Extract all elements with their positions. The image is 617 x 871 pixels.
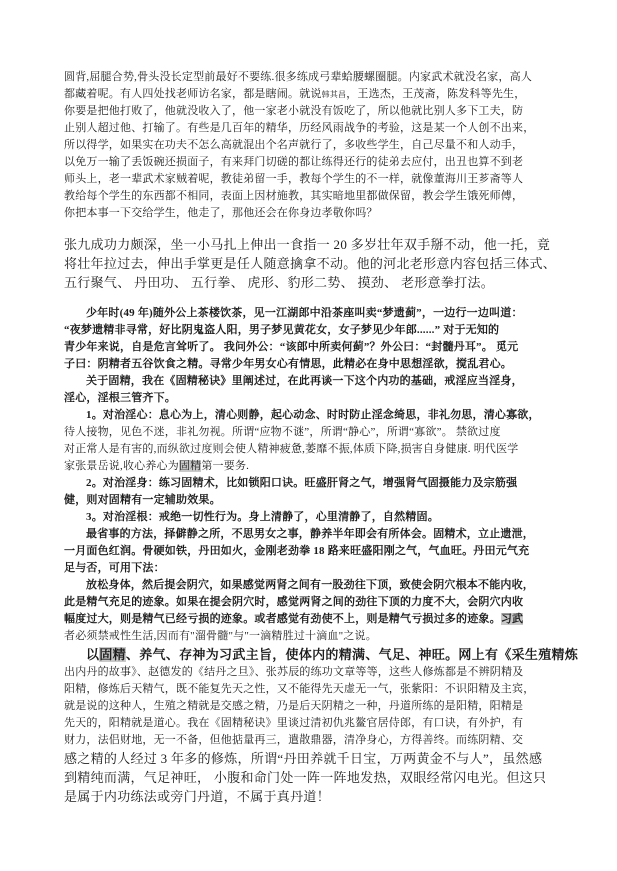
- text-line: 都藏着呢。有人四处找老师访名家，都是瞎闹。就说韩其昌，王选杰，王茂斋，陈发科等先…: [64, 86, 556, 103]
- text-segment: 都藏着呢。有人四处找老师访名家，都是瞎闹。就说: [64, 88, 322, 100]
- text-line: 最省事的方法，择僻静之所，不思男女之事，静养半年即会有所体会。固精术，立止遗泄，: [64, 526, 556, 543]
- text-line: 一月面色红润。骨硬如铁，丹田如火，金刚老劲拳 18 路来旺盛阳刚之气，气血旺。丹…: [64, 543, 556, 560]
- text-line: 先天的，阳精就是道心。我在《固精秘诀》里谈过清初仇兆鳌官居侍郎，有口诀，有外护，…: [64, 715, 556, 732]
- text-line: 到精纯而满，气足神旺， 小腹和命门处一阵一阵地发热，双眼经常闪电光。但这只: [64, 768, 556, 787]
- text-line: 五行聚气、 丹田功、 五行拳、 虎形、豹形二势、 摸劲、 老形意拳打法。: [64, 273, 556, 292]
- text-line: 子曰：阴精者五谷饮食之精。寻常少年男女心有情思，此精必在身中思想淫欲，搅乱君心。: [64, 356, 556, 373]
- text-line: 足与否，可用下法：: [64, 560, 556, 577]
- text-segment: 第一要务.: [201, 460, 249, 472]
- text-line: 感之精的人经过 3 年多的修炼，所谓“丹田养就千日宝，万两黄金不与人”，虽然感: [64, 749, 556, 768]
- text-line: 财力，法侣财地，无一不备，但他掂量再三，遣散鼎器，清净身心，方得善终。而练阴精、…: [64, 732, 556, 749]
- highlighted-term: 固精: [179, 460, 201, 472]
- text-line: 放松身体，然后提会阴穴，如果感觉两肾之间有一股劲往下顶，致使会阴穴根本不能内收，: [64, 577, 556, 594]
- highlighted-term: 习武: [501, 613, 523, 625]
- text-line: 幅度过大，则是精气已经亏损的迹象。或者感觉有劲使不上，则是精气亏损过多的迹象。习…: [64, 611, 556, 628]
- text-line: 淫心，淫根三管齐下。: [64, 390, 556, 407]
- text-line: 此是精气充足的迹象。如果在提会阴穴时，感觉两肾之间的劲往下顶的力度不大，会阴穴内…: [64, 594, 556, 611]
- text-line: 就是说的这种人，生殖之精就是交感之精，乃是后天阴精之一种，丹道所练的是阳精，阳精…: [64, 698, 556, 715]
- document-body: 圆背,屈腿合势,骨头没长定型前最好不要练.很多练成弓辈蛤腰螺圈腿。内家武术就没名…: [64, 69, 556, 806]
- text-segment: 、养气、存神为习武主旨，使体内的精满、气足、神旺。网上有《采生殖精炼: [126, 647, 578, 662]
- text-line: 将壮年拉过去，伸出手掌更是任人随意擒拿不动。他的河北老形意内容包括三体式、: [64, 254, 556, 273]
- text-line: 以免万一输了丢饭碗还损面子，有来拜门切磋的都让练得还行的徒弟去应付，出丑也算不到…: [64, 154, 556, 171]
- highlighted-term: 固精: [99, 647, 126, 662]
- text-line: 待人接物，见色不迷，非礼勿视。所谓“应物不谜”，所谓“静心”，所谓“寡欲”。 禁…: [64, 424, 556, 441]
- text-line: 师头上，老一辈武术家贼着呢，教徒弟留一手，教每个学生的不一样，就像董海川王芗斋等…: [64, 171, 556, 188]
- text-line: 者必须禁戒性生活,因而有"溜骨髓"与"一滴精胜过十滴血"之说。: [64, 628, 556, 645]
- text-line: 少年时(49 年)随外公上茶楼饮茶，见一江湖郎中沿茶座叫卖“梦遗蓟”，一边行一边…: [64, 305, 556, 322]
- small-text-segment: 韩其昌: [322, 90, 347, 99]
- text-line: 止别人超过他、打输了。有些是几百年的精华，历经风雨战争的考验，这是某一个人创不出…: [64, 120, 556, 137]
- text-line: 健，则对固精有一定辅助效果。: [64, 492, 556, 509]
- text-segment: 以: [86, 647, 99, 662]
- text-line: 教给每个学生的东西都不相同，表面上因材施教，其实暗地里都做保留，教会学生饿死师傅…: [64, 188, 556, 205]
- text-line: 关于固精，我在《固精秘诀》里阐述过，在此再谈一下这个内功的基础，戒淫应当淫身，: [64, 373, 556, 390]
- text-line: 阳精，修炼后天精气，既不能复先天之性，又不能得先天虚无一气，张紫阳：不识阳精及主…: [64, 681, 556, 698]
- text-line: 以固精、养气、存神为习武主旨，使体内的精满、气足、神旺。网上有《采生殖精炼: [64, 645, 556, 664]
- text-line: 2。对治淫身：练习固精术，比如锁阳口诀。旺盛肝肾之气，增强肾气固摄能力及宗筋强: [64, 475, 556, 492]
- document-page: 圆背,屈腿合势,骨头没长定型前最好不要练.很多练成弓辈蛤腰螺圈腿。内家武术就没名…: [0, 0, 617, 871]
- text-line: 圆背,屈腿合势,骨头没长定型前最好不要练.很多练成弓辈蛤腰螺圈腿。内家武术就没名…: [64, 69, 556, 86]
- text-line: 所以得学，如果实在功夫不怎么高就混出个名声就行了，多收些学生，自己尽量不和人动手…: [64, 137, 556, 154]
- text-line: 家张景岳说,收心养心为固精第一要务.: [64, 458, 556, 475]
- text-line: 你把本事一下交给学生，他走了，那他还会在你身边孝敬你吗？: [64, 205, 556, 222]
- text-line: 张九成功力颇深，坐一小马扎上伸出一食指一 20 多岁壮年双手掰不动，他一托，竟: [64, 235, 556, 254]
- text-segment: 家张景岳说,收心养心为: [64, 460, 179, 472]
- text-segment: ，王选杰，王茂斋，陈发科等先生，: [346, 88, 525, 100]
- text-line: 你要是把他打败了，他就没收入了，他一家老小就没有饭吃了，所以他就比别人多下工夫，…: [64, 103, 556, 120]
- text-line: 出内丹的故事》、赵德发的《结丹之旦》、张苏辰的练功文章等等，这些人修炼都是不辨阴…: [64, 664, 556, 681]
- text-line: 青少年来说，自是危言耸听了。 我问外公：“该郎中所卖何蓟”？外公曰：“封髓丹耳”…: [64, 339, 556, 356]
- text-line: 对正常人是有害的,而纵欲过度则会使人精神疲惫,萎靡不振,体质下降,损害自身健康.…: [64, 441, 556, 458]
- text-line: 3。对治淫根：戒绝一切性行为。身上清静了，心里清静了，自然精固。: [64, 509, 556, 526]
- text-line: 是属于内功练法或旁门丹道，不属于真丹道！: [64, 787, 556, 806]
- text-line: “夜梦遗精非寻常，好比阴鬼盗人阳，男子梦见黄花女，女子梦见少年郎......” …: [64, 322, 556, 339]
- text-line: 1。对治淫心：息心为上，清心则静，起心动念、时时防止淫念绮思，非礼勿思，清心寡欲…: [64, 407, 556, 424]
- text-segment: 幅度过大，则是精气已经亏损的迹象。或者感觉有劲使不上，则是精气亏损过多的迹象。: [64, 613, 501, 625]
